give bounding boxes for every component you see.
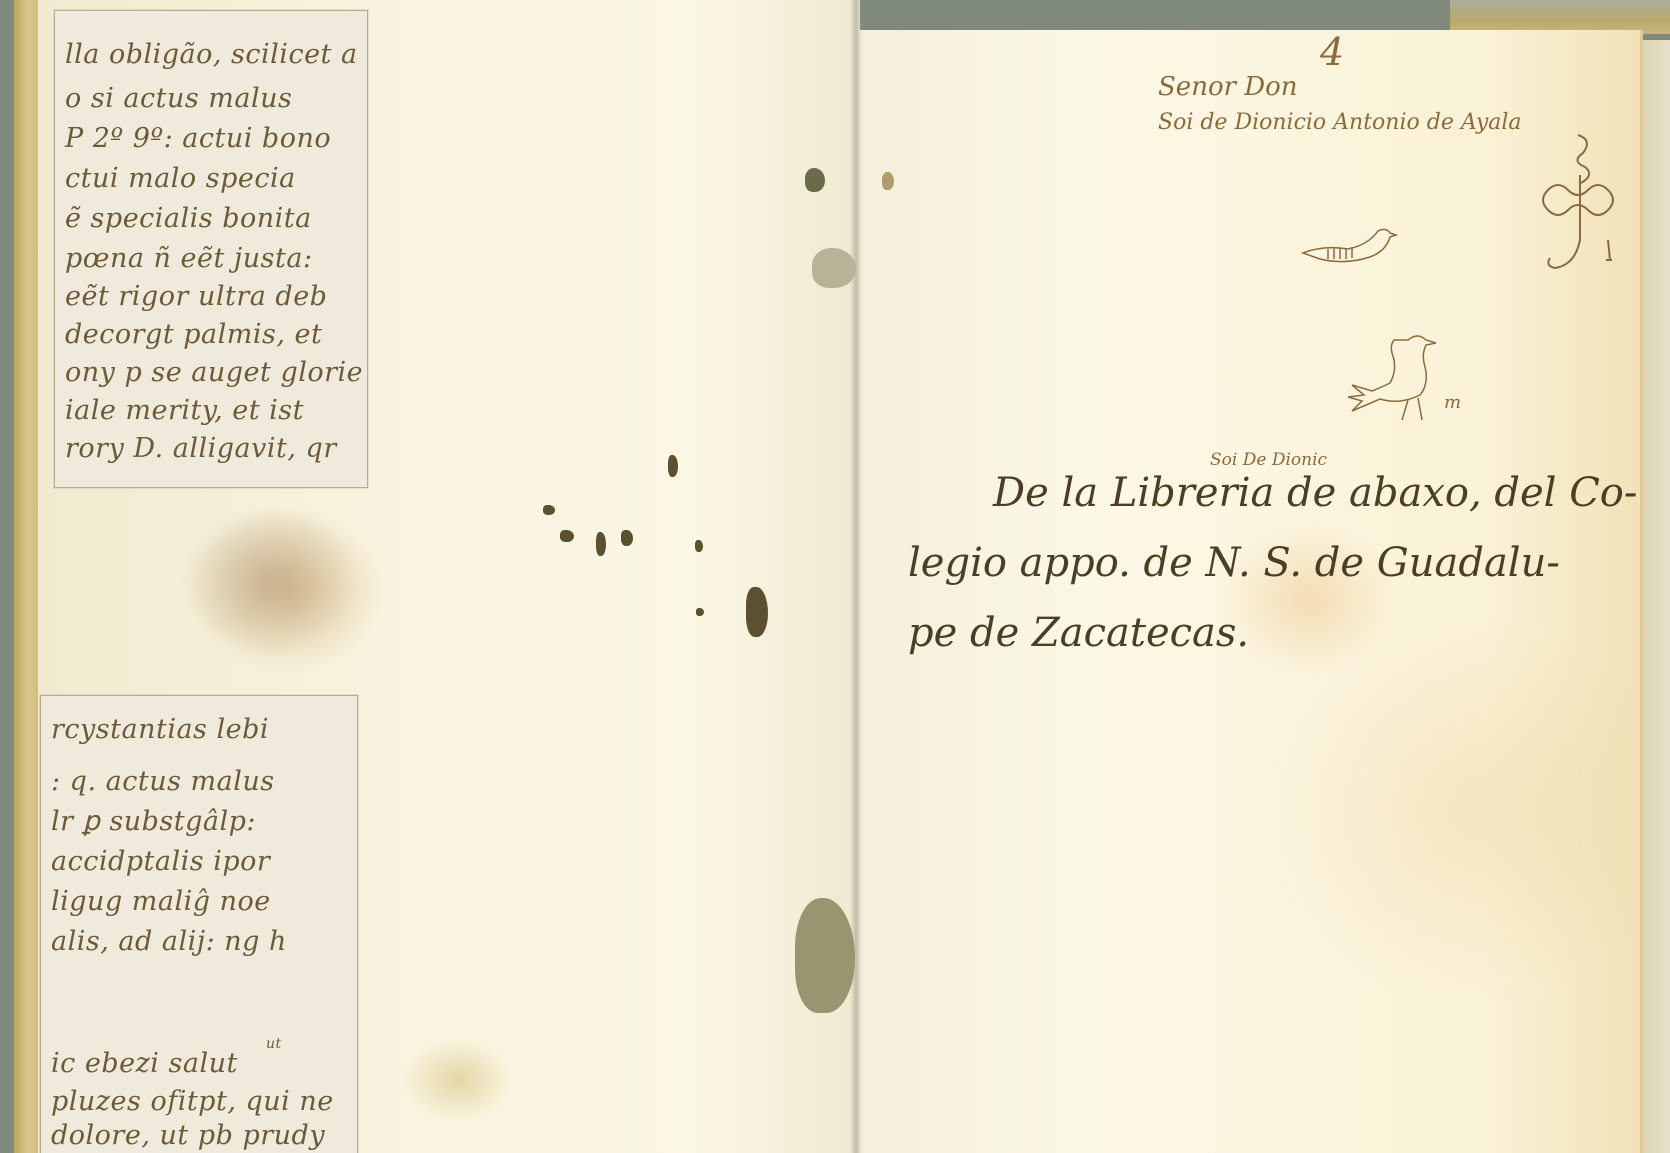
wormhole [746,587,768,637]
fragment-line: lla obligão, scilicet a [65,39,358,70]
small-note: Soi De Dionic [1210,450,1327,470]
fragment-line: eẽt rigor ultra deb [65,281,327,312]
vellum-cover-top [1450,0,1670,34]
wormhole [560,530,574,542]
binding-hole [805,168,825,192]
fragment-line: ctui malo specia [65,163,296,194]
pasted-fragment-upper: lla obligão, scilicet a o si actus malus… [54,10,368,488]
water-stain [178,505,358,655]
inscription-senor-don: Senor Don [1158,72,1298,102]
wormhole [543,505,555,515]
right-page: 4 Senor Don Soi de Dionicio Antonio de A… [858,30,1643,1153]
binding-hole [882,172,894,190]
fragment-line: pluzes ofitpt, qui ne [51,1086,334,1117]
ownership-line-2: legio appo. de N. S. de Guadalu- [908,540,1560,586]
wormhole [621,530,633,546]
fragment-line: iale merity, et ist [65,395,304,426]
binding-hole [812,248,856,288]
fragment-line: accidptalis ipor [51,846,270,877]
ownership-line-3: pe de Zacatecas. [908,610,1249,656]
manuscript-scan: lla obligão, scilicet a o si actus malus… [0,0,1670,1153]
bird-sketch-large-icon: m [1348,330,1468,430]
ownership-line-1: De la Libreria de abaxo, del Co- [993,470,1637,516]
rubrica-flourish-icon [1538,130,1628,280]
wormhole [668,455,678,477]
fragment-line: ligug maliĝ noe [51,886,271,917]
fragment-line: : q. actus malus [51,766,275,797]
left-page: lla obligão, scilicet a o si actus malus… [38,0,860,1153]
fragment-line: rcystantias lebi [51,714,269,745]
bird-sketch-small-icon [1298,225,1398,270]
top-mark: 4 [1320,30,1344,74]
fragment-line: dolore, ut pb prudy [51,1120,325,1151]
fragment-line: rory D. alligavit, qr [65,433,337,464]
fragment-line: ic ebezi salut [51,1048,238,1079]
wormhole [695,540,703,552]
fragment-line: decorgt palmis, et [65,319,322,350]
fragment-line: ẽ specialis bonita [65,203,312,234]
wormhole [696,608,704,616]
fragment-line: o si actus malus [65,83,292,114]
wormhole [596,532,606,556]
fragment-line: lr ꝑ substgâlp: [51,806,256,837]
binding-hole [795,898,855,1013]
fragment-line: alis, ad alij: ng h [51,926,287,957]
fragment-line: P 2º 9º: actui bono [65,123,331,154]
pasted-fragment-lower: rcystantias lebi : q. actus malus lr ꝑ s… [40,695,358,1153]
svg-text:m: m [1444,392,1461,413]
interlinear-note: ut [266,1036,282,1052]
inscription-owner-name: Soi de Dionicio Antonio de Ayala [1158,110,1522,135]
fragment-line: ony p se auget glorie [65,357,363,388]
fragment-line: pœna ñ eẽt justa: [65,243,313,274]
